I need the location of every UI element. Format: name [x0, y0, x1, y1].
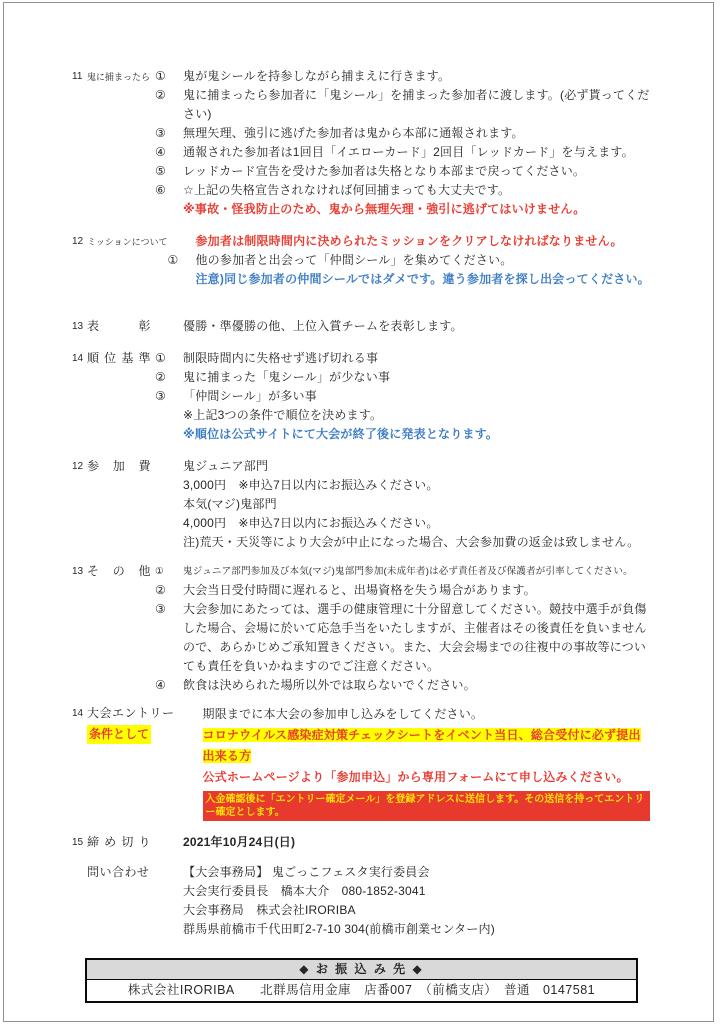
entry-confirm-banner: 入金確認後に「エントリー確定メール」を登録アドレスに送信します。その送信を持って… [203, 791, 650, 821]
section-content: 優勝・準優勝の他、上位入賞チームを表彰します。 [155, 317, 650, 336]
item-line: 3,000円 ※申込7日以内にお振込みください。 [155, 476, 650, 495]
item-text: 鬼ジュニア部門 [183, 457, 650, 476]
item-marker: ② [155, 368, 183, 387]
item-line: 4,000円 ※申込7日以内にお振込みください。 [155, 514, 650, 533]
item-text: ☆上記の失格宣告されなければ何回捕まっても大丈夫です。 [183, 181, 650, 200]
section: 13表彰優勝・準優勝の他、上位入賞チームを表彰します。 [72, 317, 650, 336]
item-text: ※上記3つの条件で順位を決めます。 [183, 406, 650, 425]
item-text: 優勝・準優勝の他、上位入賞チームを表彰します。 [183, 317, 650, 336]
section-content: 鬼ジュニア部門3,000円 ※申込7日以内にお振込みください。本気(マジ)鬼部門… [155, 457, 650, 552]
section: 12ミッションについて参加者は制限時間内に決められたミッションをクリアしなければ… [72, 232, 650, 289]
item-line: ①他の参加者と出会って「仲間シール」を集めてください。 [167, 251, 650, 270]
item-text: 大会参加にあたっては、選手の健康管理に十分留意してください。競技中選手が負傷した… [183, 600, 650, 676]
section-label-column: 12ミッションについて [72, 232, 167, 252]
section-label: 順位基準 [87, 349, 151, 368]
section-label: 締め切り [87, 833, 151, 852]
section: 問い合わせ【大会事務局】 鬼ごっこフェスタ実行委員会大会実行委員長 橋本大介 0… [72, 863, 650, 939]
item-text: 公式ホームページより「参加申込」から専用フォームにて申し込みください。 [203, 767, 650, 788]
item-line: 大会事務局 株式会社IRORIBA [155, 901, 650, 920]
item-text: 大会当日受付時間に遅れると、出場資格を失う場合があります。 [183, 581, 650, 600]
item-line: ②大会当日受付時間に遅れると、出場資格を失う場合があります。 [155, 581, 650, 600]
item-text: コロナウイルス感染症対策チェックシートをイベント当日、総合受付に必ず提出出来る方 [203, 725, 650, 767]
document-page: 11鬼に捕まったら①鬼が鬼シールを持参しながら捕まえに行きます。②鬼に捕まったら… [0, 0, 726, 1024]
section-content: ①制限時間内に失格せず逃げ切れる事②鬼に捕まった「鬼シール」が少ない事③「仲間シ… [155, 349, 650, 444]
section-content: 参加者は制限時間内に決められたミッションをクリアしなければなりません。①他の参加… [167, 232, 650, 289]
section-number: 13 [72, 562, 87, 581]
item-marker: ① [167, 251, 195, 270]
section-content: 期限までに本大会の参加申し込みをしてください。コロナウイルス感染症対策チェックシ… [175, 704, 650, 822]
item-text: 飲食は決められた場所以外では取らないでください。 [183, 676, 650, 695]
section-label: 表彰 [87, 317, 151, 336]
section-label-row: 問い合わせ [72, 863, 155, 882]
section-number: 13 [72, 317, 87, 336]
item-text-emphasis: 注意)同じ参加者の仲間シールではダメです。違う参加者を探し出会ってください。 [195, 272, 649, 286]
item-line: 優勝・準優勝の他、上位入賞チームを表彰します。 [155, 317, 650, 336]
section-number [72, 863, 87, 882]
item-text: レッドカード宣告を受けた参加者は失格となり本部まで戻ってください。 [183, 162, 650, 181]
item-text: 群馬県前橋市千代田町2-7-10 304(前橋市創業センター内) [183, 920, 650, 939]
section-number: 14 [72, 349, 87, 368]
item-text: 大会事務局 株式会社IRORIBA [183, 901, 650, 920]
section-content: ①鬼が鬼シールを持参しながら捕まえに行きます。②鬼に捕まったら参加者に「鬼シール… [155, 67, 650, 219]
item-text: 鬼に捕まった「鬼シール」が少ない事 [183, 368, 650, 387]
item-marker: ① [155, 349, 183, 368]
item-line: ⑥☆上記の失格宣告されなければ何回捕まっても大丈夫です。 [155, 181, 650, 200]
item-text: 入金確認後に「エントリー確定メール」を登録アドレスに送信します。その送信を持って… [203, 788, 650, 822]
item-marker [155, 425, 183, 444]
section-label: 鬼に捕まったら [87, 67, 150, 87]
item-text: 鬼ジュニア部門参加及び本気(マジ)鬼部門参加(未成年者)は必ず責任者及び保護者が… [183, 562, 650, 581]
item-marker [167, 270, 195, 289]
item-text: 注)荒天・天災等により大会が中止になった場合、大会参加費の返金は致しません。 [183, 533, 650, 552]
document-body: 11鬼に捕まったら①鬼が鬼シールを持参しながら捕まえに行きます。②鬼に捕まったら… [72, 67, 650, 1003]
item-line: 公式ホームページより「参加申込」から専用フォームにて申し込みください。 [175, 767, 650, 788]
item-line: ②鬼に捕まった「鬼シール」が少ない事 [155, 368, 650, 387]
section-content: 2021年10月24日(日) [155, 833, 650, 852]
section-number: 15 [72, 833, 87, 852]
section-label-row: 13表彰 [72, 317, 155, 336]
item-line: 入金確認後に「エントリー確定メール」を登録アドレスに送信します。その送信を持って… [175, 788, 650, 822]
item-text-emphasis: ※事故・怪我防止のため、鬼から無理矢理・強引に逃げてはいけません。 [183, 202, 586, 216]
item-line: 鬼ジュニア部門 [155, 457, 650, 476]
item-text: 3,000円 ※申込7日以内にお振込みください。 [183, 476, 650, 495]
section: 15締め切り2021年10月24日(日) [72, 833, 650, 852]
item-marker [155, 901, 183, 920]
item-marker [155, 495, 183, 514]
section-label: その他 [87, 562, 151, 581]
item-marker [175, 767, 203, 788]
item-marker: ⑥ [155, 181, 183, 200]
item-marker [155, 533, 183, 552]
section-label: ミッションについて [87, 232, 167, 252]
section-number: 11 [72, 67, 87, 87]
item-text: 期限までに本大会の参加申し込みをしてください。 [203, 704, 650, 725]
item-line: 注)荒天・天災等により大会が中止になった場合、大会参加費の返金は致しません。 [155, 533, 650, 552]
item-line: ②鬼に捕まったら参加者に「鬼シール」を捕まった参加者に渡します。(必ず貰ってくだ… [155, 86, 650, 124]
item-line: 大会実行委員長 橋本大介 080-1852-3041 [155, 882, 650, 901]
section-number: 14 [72, 704, 87, 723]
item-line: 【大会事務局】 鬼ごっこフェスタ実行委員会 [155, 863, 650, 882]
item-line: ④通報された参加者は1回目「イエローカード」2回目「レッドカード」を与えます。 [155, 143, 650, 162]
item-marker: ④ [155, 143, 183, 162]
section-number: 12 [72, 457, 87, 476]
item-text: 本気(マジ)鬼部門 [183, 495, 650, 514]
item-text: 4,000円 ※申込7日以内にお振込みください。 [183, 514, 650, 533]
item-text-emphasis: ※順位は公式サイトにて大会が終了後に発表となります。 [183, 427, 498, 441]
section-label-column: 12参加費 [72, 457, 155, 476]
item-line: コロナウイルス感染症対策チェックシートをイベント当日、総合受付に必ず提出出来る方 [175, 725, 650, 767]
condition-label: 条件として [87, 725, 151, 744]
section-label-row: 11鬼に捕まったら [72, 67, 155, 87]
item-line: 期限までに本大会の参加申し込みをしてください。 [175, 704, 650, 725]
item-line: ※事故・怪我防止のため、鬼から無理矢理・強引に逃げてはいけません。 [155, 200, 650, 219]
section: 11鬼に捕まったら①鬼が鬼シールを持参しながら捕まえに行きます。②鬼に捕まったら… [72, 67, 650, 219]
item-marker [155, 863, 183, 882]
item-marker: ④ [155, 676, 183, 695]
item-marker [155, 457, 183, 476]
section-label-row: 14大会エントリー [72, 704, 175, 723]
section: 12参加費鬼ジュニア部門3,000円 ※申込7日以内にお振込みください。本気(マ… [72, 457, 650, 552]
item-marker: ① [155, 67, 183, 86]
item-line: 群馬県前橋市千代田町2-7-10 304(前橋市創業センター内) [155, 920, 650, 939]
item-text: 制限時間内に失格せず逃げ切れる事 [183, 349, 650, 368]
section: 14順位基準①制限時間内に失格せず逃げ切れる事②鬼に捕まった「鬼シール」が少ない… [72, 349, 650, 444]
item-marker [175, 704, 203, 725]
item-line: ①制限時間内に失格せず逃げ切れる事 [155, 349, 650, 368]
sections-container: 11鬼に捕まったら①鬼が鬼シールを持参しながら捕まえに行きます。②鬼に捕まったら… [72, 67, 650, 939]
item-text: 大会実行委員長 橋本大介 080-1852-3041 [183, 882, 650, 901]
item-marker [155, 406, 183, 425]
section-content: ①鬼ジュニア部門参加及び本気(マジ)鬼部門参加(未成年者)は必ず責任者及び保護者… [155, 562, 650, 695]
item-line: 2021年10月24日(日) [155, 833, 650, 852]
item-text: 無理矢理、強引に逃げた参加者は鬼から本部に通報されます。 [183, 124, 650, 143]
item-marker: ② [155, 581, 183, 600]
item-line: 注意)同じ参加者の仲間シールではダメです。違う参加者を探し出会ってください。 [167, 270, 650, 289]
item-text: 鬼が鬼シールを持参しながら捕まえに行きます。 [183, 67, 650, 86]
item-line: ④飲食は決められた場所以外では取らないでください。 [155, 676, 650, 695]
item-marker [155, 882, 183, 901]
item-marker [155, 200, 183, 219]
section-label-column: 13表彰 [72, 317, 155, 336]
item-line: ①鬼ジュニア部門参加及び本気(マジ)鬼部門参加(未成年者)は必ず責任者及び保護者… [155, 562, 650, 581]
item-line: ※順位は公式サイトにて大会が終了後に発表となります。 [155, 425, 650, 444]
section-label-column: 14順位基準 [72, 349, 155, 368]
item-text-emphasis: 2021年10月24日(日) [183, 835, 295, 849]
section-label-column: 11鬼に捕まったら [72, 67, 155, 87]
section-label-row: 14順位基準 [72, 349, 155, 368]
section-label: 大会エントリー [87, 704, 175, 723]
item-marker: ③ [155, 600, 183, 676]
section-label-column: 問い合わせ [72, 863, 155, 882]
item-marker [167, 232, 195, 251]
bank-transfer-box: ◆ お 振 込 み 先 ◆ 株式会社IRORIBA 北群馬信用金庫 店番007 … [85, 958, 638, 1003]
item-line: ③「仲間シール」が多い事 [155, 387, 650, 406]
section-label-column: 13その他 [72, 562, 155, 581]
section-content: 【大会事務局】 鬼ごっこフェスタ実行委員会大会実行委員長 橋本大介 080-18… [155, 863, 650, 939]
item-line: ③無理矢理、強引に逃げた参加者は鬼から本部に通報されます。 [155, 124, 650, 143]
item-line: ⑤レッドカード宣告を受けた参加者は失格となり本部まで戻ってください。 [155, 162, 650, 181]
section-label-row: 15締め切り [72, 833, 155, 852]
item-text-emphasis: コロナウイルス感染症対策チェックシートをイベント当日、総合受付に必ず提出出来る方 [203, 728, 641, 763]
section-label-row: 12参加費 [72, 457, 155, 476]
item-marker [155, 317, 183, 336]
item-text: 注意)同じ参加者の仲間シールではダメです。違う参加者を探し出会ってください。 [195, 270, 650, 289]
item-marker: ③ [155, 387, 183, 406]
item-marker [155, 920, 183, 939]
bank-box-title: ◆ お 振 込 み 先 ◆ [87, 960, 636, 980]
item-text: 【大会事務局】 鬼ごっこフェスタ実行委員会 [183, 863, 650, 882]
item-line: 参加者は制限時間内に決められたミッションをクリアしなければなりません。 [167, 232, 650, 251]
item-text: ※順位は公式サイトにて大会が終了後に発表となります。 [183, 425, 650, 444]
item-marker: ⑤ [155, 162, 183, 181]
section: 13その他①鬼ジュニア部門参加及び本気(マジ)鬼部門参加(未成年者)は必ず責任者… [72, 562, 650, 695]
item-text-emphasis: 参加者は制限時間内に決められたミッションをクリアしなければなりません。 [195, 234, 622, 248]
item-text: ※事故・怪我防止のため、鬼から無理矢理・強引に逃げてはいけません。 [183, 200, 650, 219]
item-text-emphasis: 公式ホームページより「参加申込」から専用フォームにて申し込みください。 [203, 770, 629, 784]
item-marker: ① [155, 562, 183, 581]
item-text: 2021年10月24日(日) [183, 833, 650, 852]
item-line: 本気(マジ)鬼部門 [155, 495, 650, 514]
section-label: 参加費 [87, 457, 151, 476]
section-label: 問い合わせ [87, 863, 150, 882]
section-label-column: 14大会エントリー条件として [72, 704, 175, 744]
item-text: 他の参加者と出会って「仲間シール」を集めてください。 [195, 251, 650, 270]
section-label-row: 13その他 [72, 562, 155, 581]
item-text: 通報された参加者は1回目「イエローカード」2回目「レッドカード」を与えます。 [183, 143, 650, 162]
item-marker: ② [155, 86, 183, 124]
item-marker [175, 725, 203, 767]
item-line: ①鬼が鬼シールを持参しながら捕まえに行きます。 [155, 67, 650, 86]
item-marker [155, 514, 183, 533]
section-label-row: 12ミッションについて [72, 232, 167, 252]
bank-box-detail: 株式会社IRORIBA 北群馬信用金庫 店番007 （前橋支店） 普通 0147… [87, 980, 636, 1001]
item-marker [155, 833, 183, 852]
item-text: 参加者は制限時間内に決められたミッションをクリアしなければなりません。 [195, 232, 650, 251]
item-line: ③大会参加にあたっては、選手の健康管理に十分留意してください。競技中選手が負傷し… [155, 600, 650, 676]
item-marker [155, 476, 183, 495]
item-text: 「仲間シール」が多い事 [183, 387, 650, 406]
item-line: ※上記3つの条件で順位を決めます。 [155, 406, 650, 425]
item-marker: ③ [155, 124, 183, 143]
item-text: 鬼に捕まったら参加者に「鬼シール」を捕まった参加者に渡します。(必ず貰ってくださ… [183, 86, 650, 124]
section-number: 12 [72, 232, 87, 252]
section: 14大会エントリー条件として期限までに本大会の参加申し込みをしてください。コロナ… [72, 704, 650, 822]
section-label-column: 15締め切り [72, 833, 155, 852]
item-marker [175, 788, 203, 822]
